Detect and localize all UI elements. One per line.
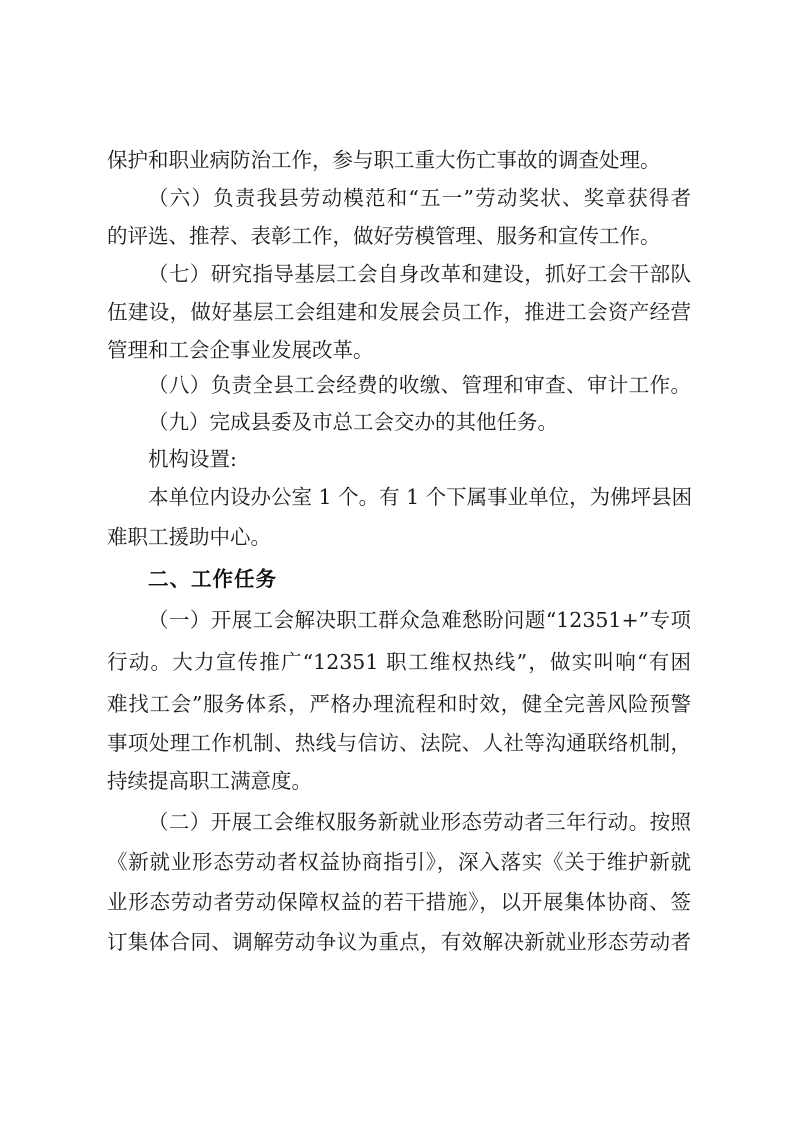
paragraph-line: 《新就业形态劳动者权益协商指引》，深入落实《关于维护新就 [107, 849, 691, 875]
paragraph-line: （七）研究指导基层工会自身改革和建设，抓好工会干部队 [148, 261, 691, 287]
paragraph-line: 管理和工会企事业发展改革。 [107, 337, 691, 363]
paragraph-line: 难职工援助中心。 [107, 524, 691, 550]
paragraph-line: 机构设置: [148, 446, 691, 472]
paragraph-line: （八）负责全县工会经费的收缴、管理和审查、审计工作。 [148, 372, 691, 398]
paragraph-line: 本单位内设办公室 1 个。有 1 个下属事业单位，为佛坪县困 [148, 484, 691, 510]
paragraph-line: 订集体合同、调解劳动争议为重点，有效解决新就业形态劳动者 [107, 929, 691, 955]
paragraph-line: （一）开展工会解决职工群众急难愁盼问题“12351+”专项 [148, 607, 691, 633]
document-page: 保护和职业病防治工作，参与职工重大伤亡事故的调查处理。（六）负责我县劳动模范和“… [0, 0, 792, 1121]
paragraph-line: （九）完成县委及市总工会交办的其他任务。 [148, 409, 691, 435]
paragraph-line: 保护和职业病防治工作，参与职工重大伤亡事故的调查处理。 [107, 147, 691, 173]
section-heading-work-tasks: 二、工作任务 [148, 566, 277, 592]
paragraph-line: 业形态劳动者劳动保障权益的若干措施》，以开展集体协商、签 [107, 889, 691, 915]
paragraph-line: 行动。大力宣传推广“12351 职工维权热线”，做实叫响“有困 [107, 649, 691, 675]
paragraph-line: 伍建设，做好基层工会组建和发展会员工作，推进工会资产经营 [107, 299, 691, 325]
paragraph-line: 难找工会”服务体系，严格办理流程和时效，健全完善风险预警 [107, 691, 691, 717]
paragraph-line: 的评选、推荐、表彰工作，做好劳模管理、服务和宣传工作。 [107, 223, 691, 249]
paragraph-line: （六）负责我县劳动模范和“五一”劳动奖状、奖章获得者 [148, 185, 691, 211]
paragraph-line: （二）开展工会维权服务新就业形态劳动者三年行动。按照 [148, 809, 691, 835]
paragraph-line: 事项处理工作机制、热线与信访、法院、人社等沟通联络机制， [107, 730, 691, 756]
paragraph-line: 持续提高职工满意度。 [107, 768, 691, 794]
